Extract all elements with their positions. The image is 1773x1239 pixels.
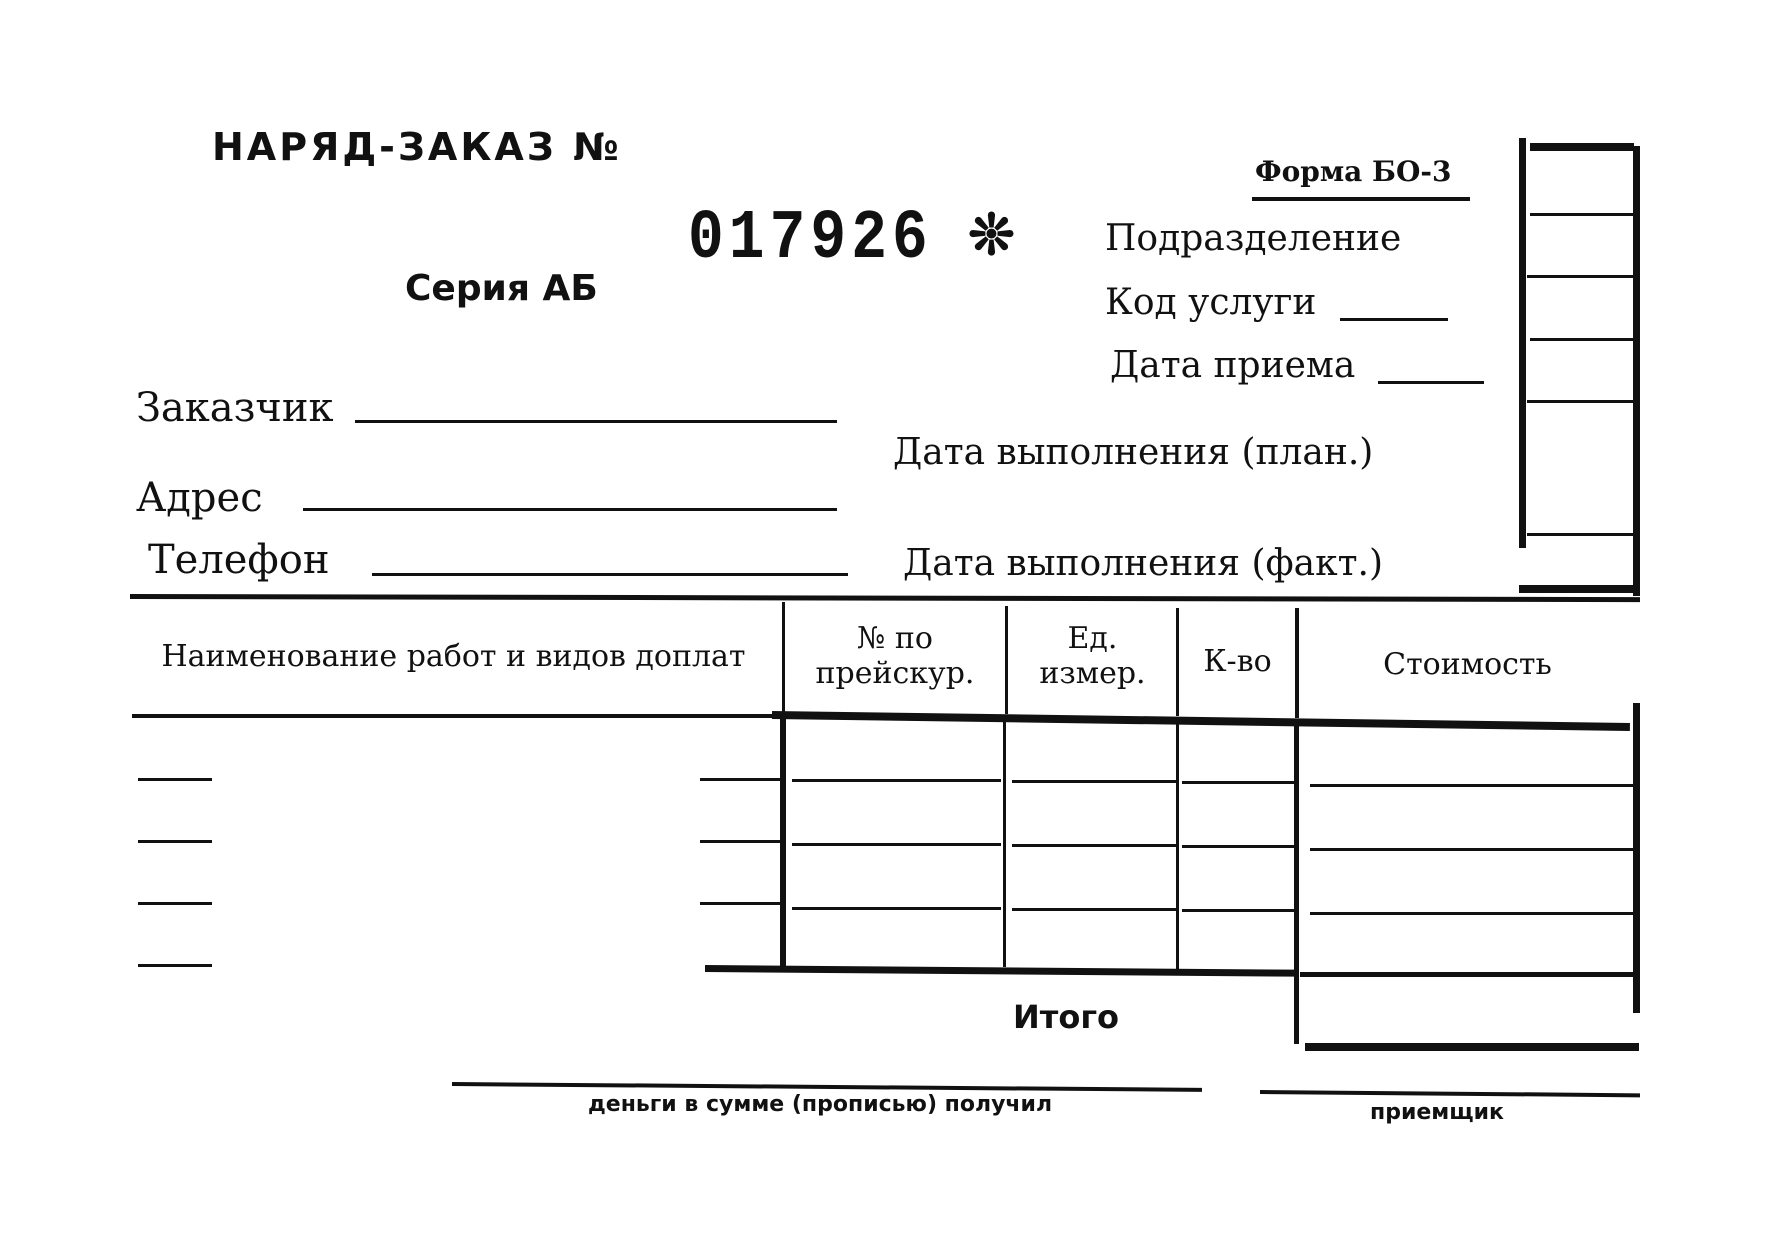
work-name-continuation-field[interactable] xyxy=(700,812,784,843)
price-list-no-field[interactable] xyxy=(792,815,1001,846)
total-cost-field[interactable] xyxy=(1305,1015,1639,1051)
table-body-bottom-rule xyxy=(705,965,1295,977)
division-label: Подразделение xyxy=(1105,218,1401,259)
col-divider-2 xyxy=(1005,606,1008,714)
price-list-no-field[interactable] xyxy=(792,879,1001,910)
address-label: Адрес xyxy=(136,475,263,521)
unit-field[interactable] xyxy=(1012,880,1176,911)
planned-completion-label: Дата выполнения (план.) xyxy=(893,432,1373,473)
customer-label: Заказчик xyxy=(136,385,334,431)
header-bottom-left-rule xyxy=(132,714,772,718)
acceptance-date-field[interactable] xyxy=(1378,353,1484,384)
receiver-caption: приемщик xyxy=(1370,1100,1504,1125)
col-header-quantity: К-во xyxy=(1180,645,1295,680)
series-label: Серия АБ xyxy=(405,268,598,309)
cost-field[interactable] xyxy=(1310,820,1636,851)
side-box-left-border xyxy=(1519,138,1526,548)
total-label: Итого xyxy=(1013,998,1119,1036)
customer-field[interactable] xyxy=(355,392,837,423)
division-value-field[interactable] xyxy=(1530,185,1634,216)
col-header-unit: Ед. измер. xyxy=(1010,622,1175,691)
money-received-line xyxy=(452,1082,1202,1092)
cost-field[interactable] xyxy=(1300,944,1639,977)
service-code-value-field[interactable] xyxy=(1527,247,1634,278)
price-list-no-field[interactable] xyxy=(792,751,1001,782)
col-header-work-name: Наименование работ и видов доплат xyxy=(136,640,771,675)
phone-label: Телефон xyxy=(148,537,329,583)
actual-completion-label: Дата выполнения (факт.) xyxy=(903,543,1383,584)
planned-completion-value-field[interactable] xyxy=(1527,372,1636,403)
form-code-underline xyxy=(1252,197,1470,201)
work-name-continuation-field[interactable] xyxy=(700,874,784,905)
unit-field[interactable] xyxy=(1012,816,1176,847)
order-number: 017926 xyxy=(688,200,933,279)
unit-field[interactable] xyxy=(1012,752,1176,783)
table-body-divider-2 xyxy=(1003,722,1006,967)
quantity-field[interactable] xyxy=(1182,753,1294,784)
col-divider-1 xyxy=(782,602,785,714)
cost-field[interactable] xyxy=(1310,756,1636,787)
table-body-divider-4 xyxy=(1294,724,1299,1044)
work-name-continuation-field[interactable] xyxy=(700,750,784,781)
side-box-top-border xyxy=(1530,143,1634,151)
acceptance-date-label: Дата приема xyxy=(1110,345,1355,386)
cost-field[interactable] xyxy=(1310,884,1636,915)
table-body-top-rule xyxy=(772,711,1630,731)
table-body-divider-3 xyxy=(1176,724,1179,969)
work-name-field[interactable] xyxy=(138,936,212,967)
money-received-caption: деньги в сумме (прописью) получил xyxy=(588,1092,1052,1117)
star-stamp-icon: ❊ xyxy=(968,202,1015,268)
work-name-field[interactable] xyxy=(138,812,212,843)
service-code-label: Код услуги xyxy=(1105,282,1316,323)
address-field[interactable] xyxy=(303,480,837,511)
work-name-field[interactable] xyxy=(138,874,212,905)
col-header-price-list-no: № по прейскур. xyxy=(790,622,1000,691)
quantity-field[interactable] xyxy=(1182,881,1294,912)
acceptance-date-value-field[interactable] xyxy=(1530,310,1636,341)
col-header-cost: Стоимость xyxy=(1300,648,1635,683)
col-divider-4 xyxy=(1295,608,1299,718)
form-code: Форма БО-3 xyxy=(1255,155,1451,188)
header-separator xyxy=(130,594,1640,602)
side-box-bottom-border xyxy=(1519,585,1635,593)
phone-field[interactable] xyxy=(372,545,848,576)
quantity-field[interactable] xyxy=(1182,817,1294,848)
service-code-field[interactable] xyxy=(1340,290,1448,321)
planned-completion-extra-field[interactable] xyxy=(1527,505,1636,536)
col-divider-3 xyxy=(1176,608,1179,716)
form-title: НАРЯД-ЗАКАЗ № xyxy=(212,125,622,169)
receiver-signature-line xyxy=(1260,1090,1640,1097)
work-name-field[interactable] xyxy=(138,750,212,781)
